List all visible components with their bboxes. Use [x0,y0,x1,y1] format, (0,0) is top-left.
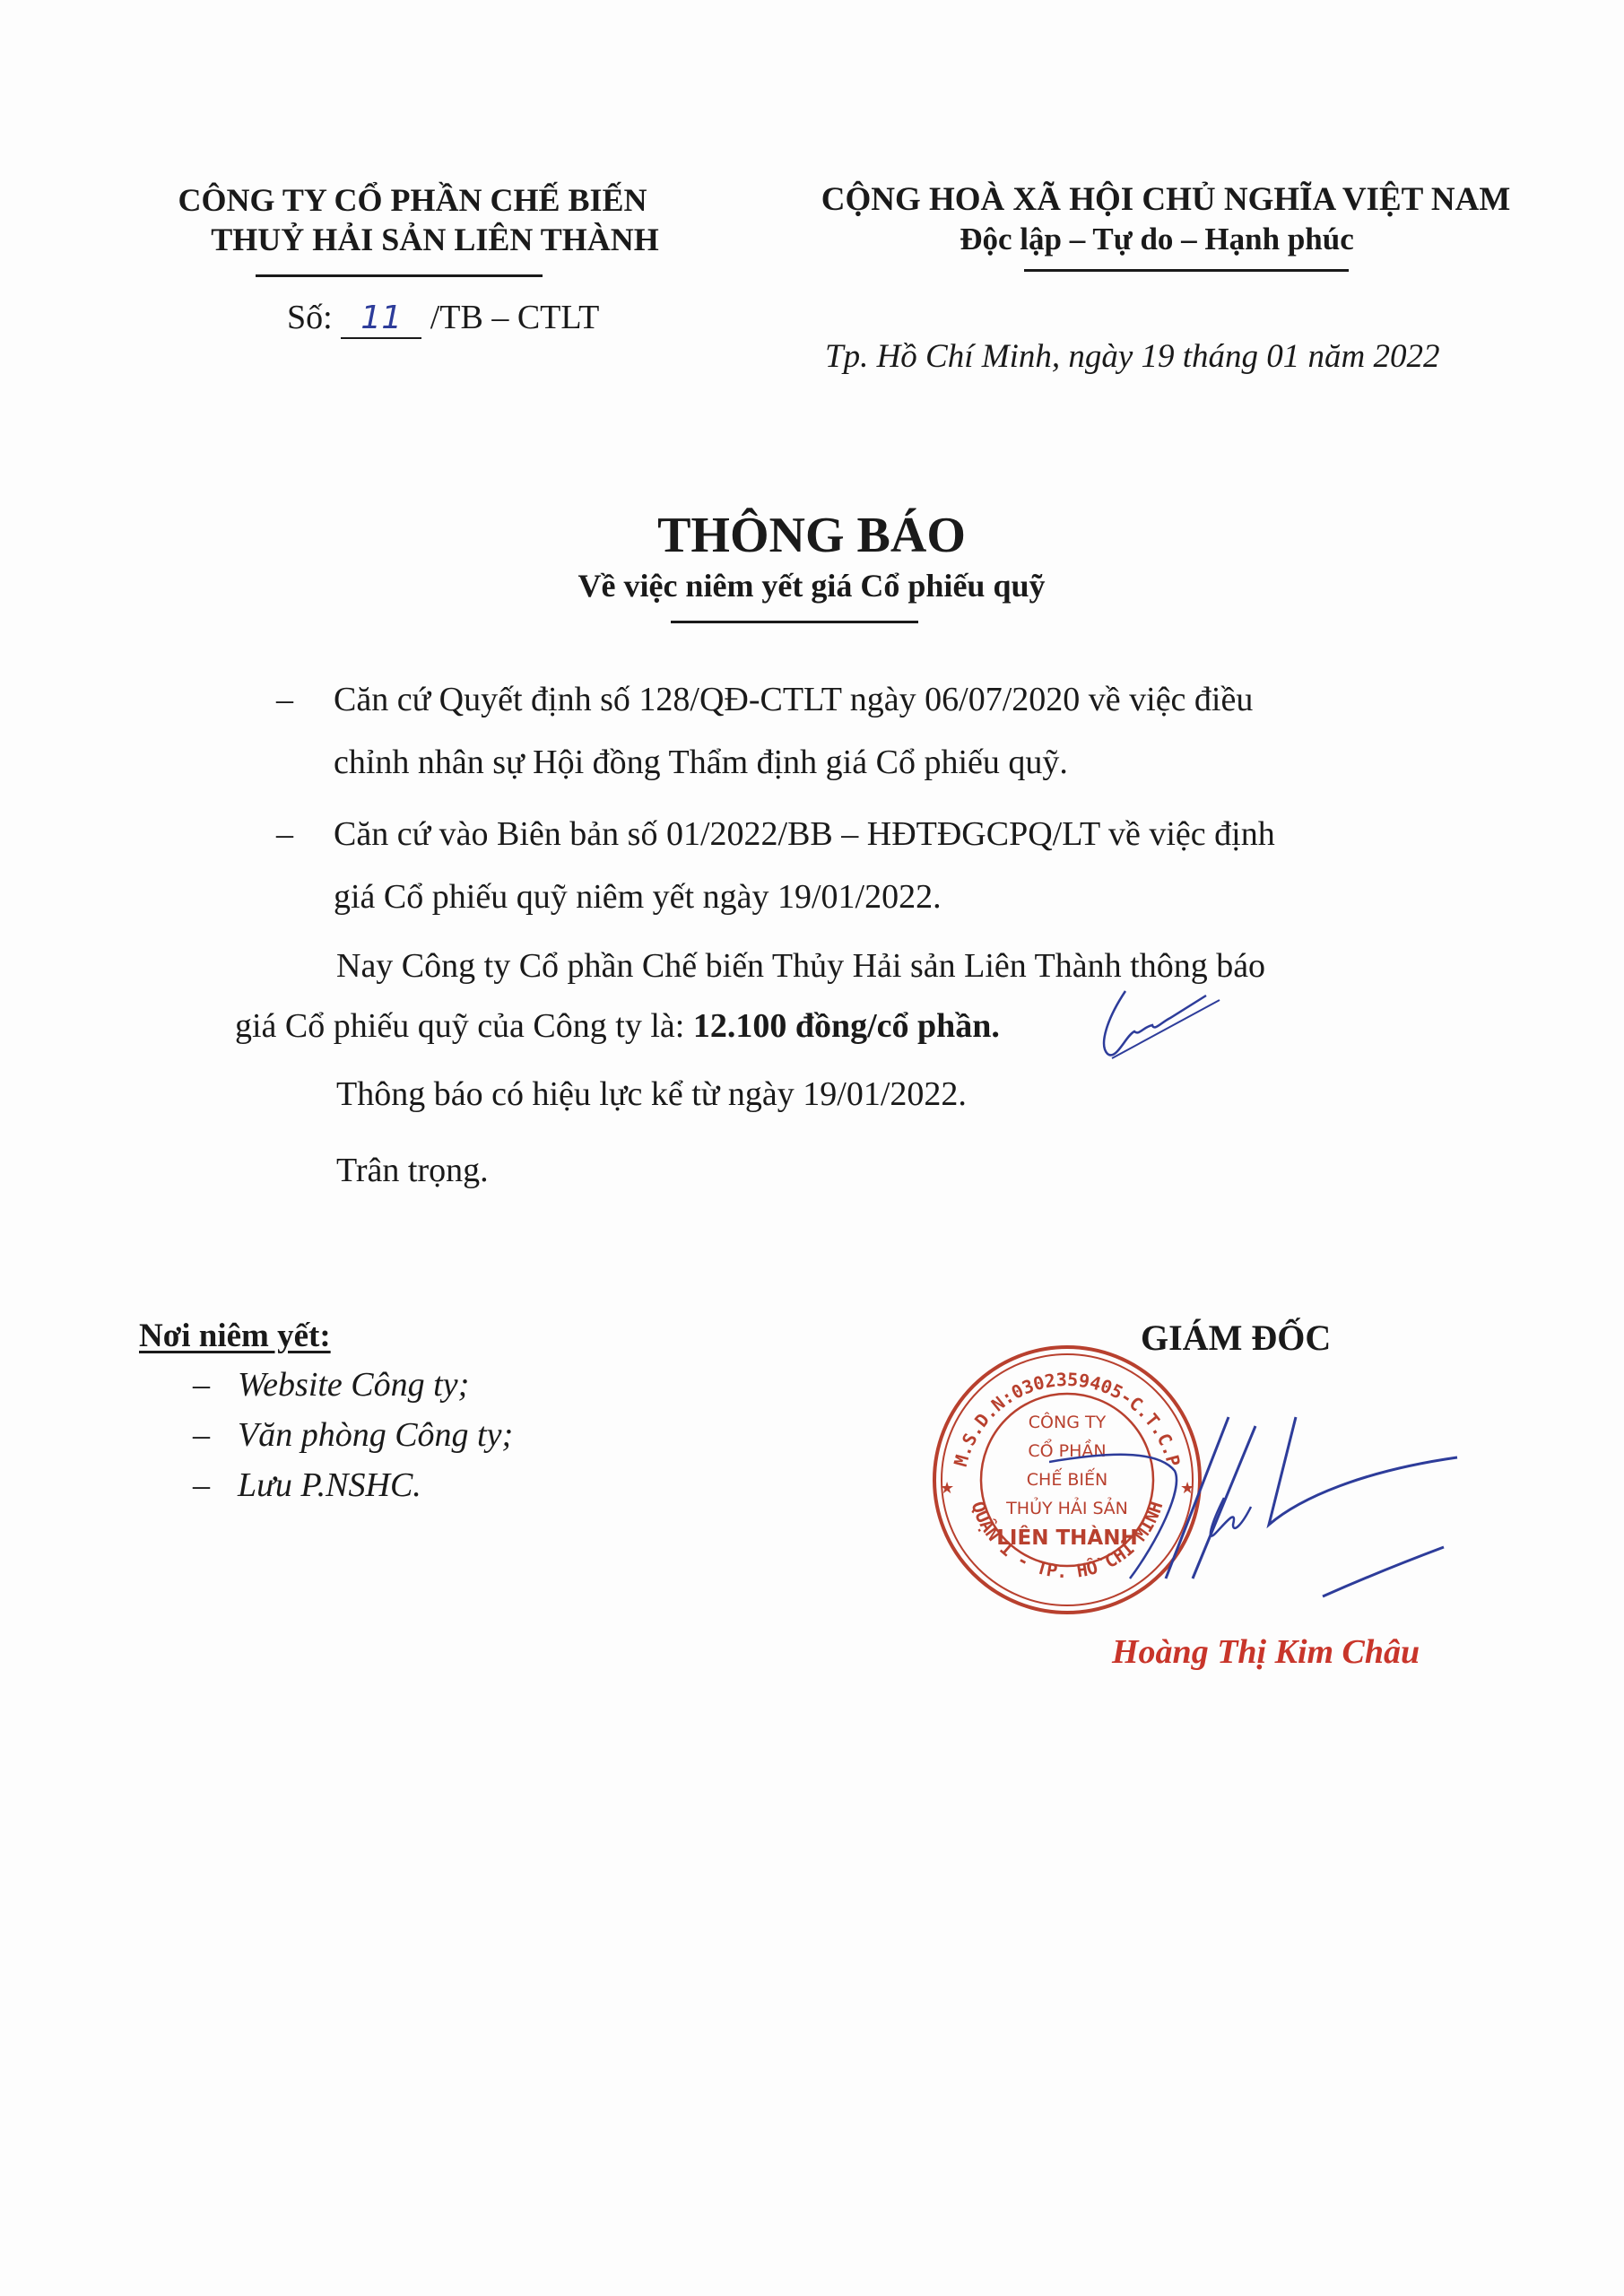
recipient-item: Văn phòng Công ty; [238,1415,513,1455]
base-1-line1: Căn cứ Quyết định số 128/QĐ-CTLT ngày 06… [334,680,1253,719]
number-label: Số: [287,299,333,336]
initials-signature-icon [1099,982,1242,1072]
number-blank: 11 [341,298,421,339]
company-name-line2: THUỶ HẢI SẢN LIÊN THÀNH [157,219,713,260]
document-number: Số: 11 /TB – CTLT [287,298,599,339]
document-title: THÔNG BÁO [498,507,1125,564]
recipient-dash: – [193,1415,210,1455]
recipient-dash: – [193,1365,210,1405]
number-handwritten: 11 [360,300,402,336]
document-subject: Về việc niêm yết giá Cổ phiếu quỹ [453,567,1170,604]
closing: Trân trọng. [336,1151,489,1190]
recipient-dash: – [193,1465,210,1505]
recipient-item: Website Công ty; [238,1365,469,1405]
nation-title: CỘNG HOÀ XÃ HỘI CHỦ NGHĨA VIỆT NAM [789,179,1542,221]
place-date: Tp. Hồ Chí Minh, ngày 19 tháng 01 năm 20… [825,337,1440,376]
base-2-line2: giá Cổ phiếu quỹ niêm yết ngày 19/01/202… [334,877,942,917]
motto-underline [1024,269,1349,272]
subject-underline [671,621,918,623]
director-signature-icon [1049,1399,1480,1623]
base-1-dash: – [276,680,293,719]
share-price: 12.100 đồng/cổ phần. [693,1007,1000,1045]
svg-text:★: ★ [940,1479,954,1497]
effective-date: Thông báo có hiệu lực kể từ ngày 19/01/2… [336,1074,967,1114]
company-name-line1: CÔNG TY CỔ PHẦN CHẾ BIẾN [135,179,690,221]
base-2-dash: – [276,814,293,854]
announcement-line2: giá Cổ phiếu quỹ của Công ty là: 12.100 … [235,1006,1000,1046]
base-1-line2: chỉnh nhân sự Hội đồng Thẩm định giá Cổ … [334,743,1068,782]
recipients-heading: Nơi niêm yết: [139,1317,331,1355]
base-2-line1: Căn cứ vào Biên bản số 01/2022/BB – HĐTĐ… [334,814,1275,854]
recipient-item: Lưu P.NSHC. [238,1465,421,1505]
number-suffix: /TB – CTLT [430,299,600,336]
announcement-line1: Nay Công ty Cổ phần Chế biến Thủy Hải sả… [336,946,1265,986]
nation-motto: Độc lập – Tự do – Hạnh phúc [843,219,1471,260]
announcement-line2-prefix: giá Cổ phiếu quỹ của Công ty là: [235,1007,693,1045]
signatory-name: Hoàng Thị Kim Châu [1112,1632,1420,1672]
company-underline [256,274,543,277]
